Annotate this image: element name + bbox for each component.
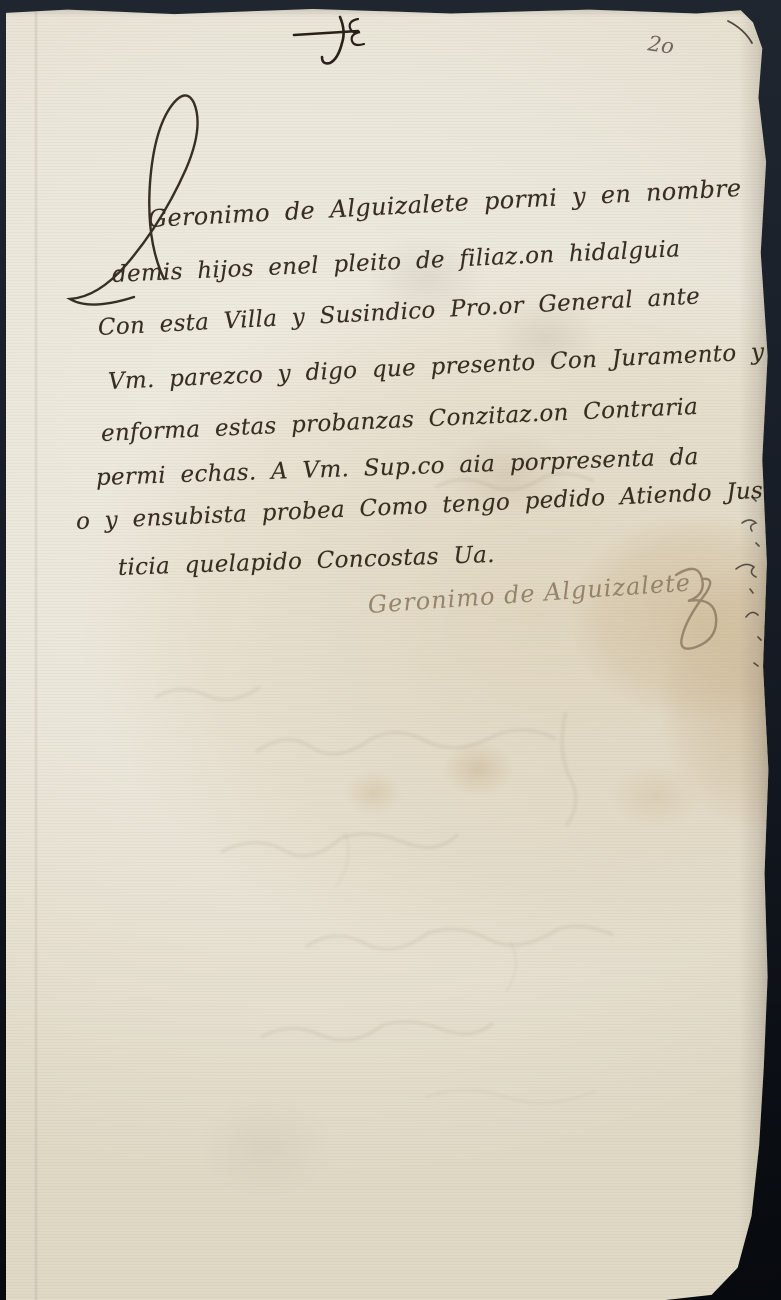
manuscript-line-2: demis hijos enel pleito de filiaz.on hid… [111,236,680,288]
top-edge-shading [6,7,773,17]
cross-mark [294,17,364,63]
vertical-fold-line [34,7,38,1300]
manuscript-page: 2o Geronimo de Alguizalete pormi y en no… [6,7,773,1300]
folio-number: 2o [646,31,675,58]
manuscript-line-3: Con esta Villa y Susindico Pro.or Genera… [97,283,700,341]
manuscript-line-1: Geronimo de Alguizalete pormi y en nombr… [147,174,742,233]
deckle-edge-shading [739,7,773,1300]
scan-backdrop: 2o Geronimo de Alguizalete pormi y en no… [0,0,781,1300]
manuscript-line-5: enforma estas probanzas Conzitaz.on Cont… [100,394,698,447]
manuscript-line-4: Vm. parezco y digo que presento Con Jura… [107,339,764,395]
signature: Geronimo de Alguizalete [367,568,692,619]
manuscript-line-8: ticia quelapido Concostas Ua. [118,542,496,581]
